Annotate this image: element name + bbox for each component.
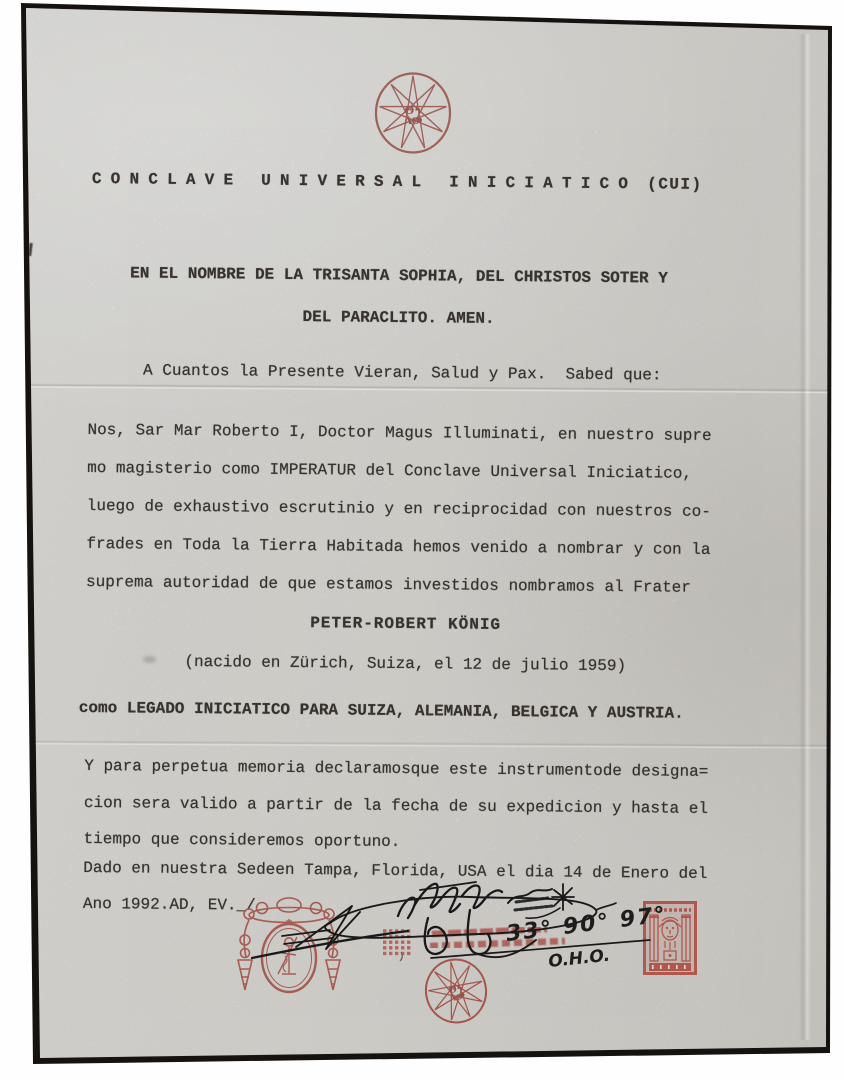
enneagram-seal-bottom-icon: Θϟ ΛΘ bbox=[421, 955, 491, 1027]
scanned-document: CONCLAVE UNIVERSAL INICIATICO(CUI) EN EL… bbox=[0, 0, 844, 1080]
svg-text:ΛΘ: ΛΘ bbox=[404, 117, 420, 127]
enneagram-seal-top-icon: Θϟ ΛΘ bbox=[376, 74, 450, 153]
svg-text:ΛΘ: ΛΘ bbox=[448, 992, 463, 1003]
paper-sheet: CONCLAVE UNIVERSAL INICIATICO(CUI) EN EL… bbox=[0, 0, 844, 1080]
svg-text:Θϟ: Θϟ bbox=[405, 104, 422, 117]
oho-annotation: O.H.O. bbox=[547, 946, 611, 972]
pencil-mark bbox=[400, 952, 402, 961]
stamps-and-signature-layer: Θϟ ΛΘ bbox=[0, 0, 844, 1080]
